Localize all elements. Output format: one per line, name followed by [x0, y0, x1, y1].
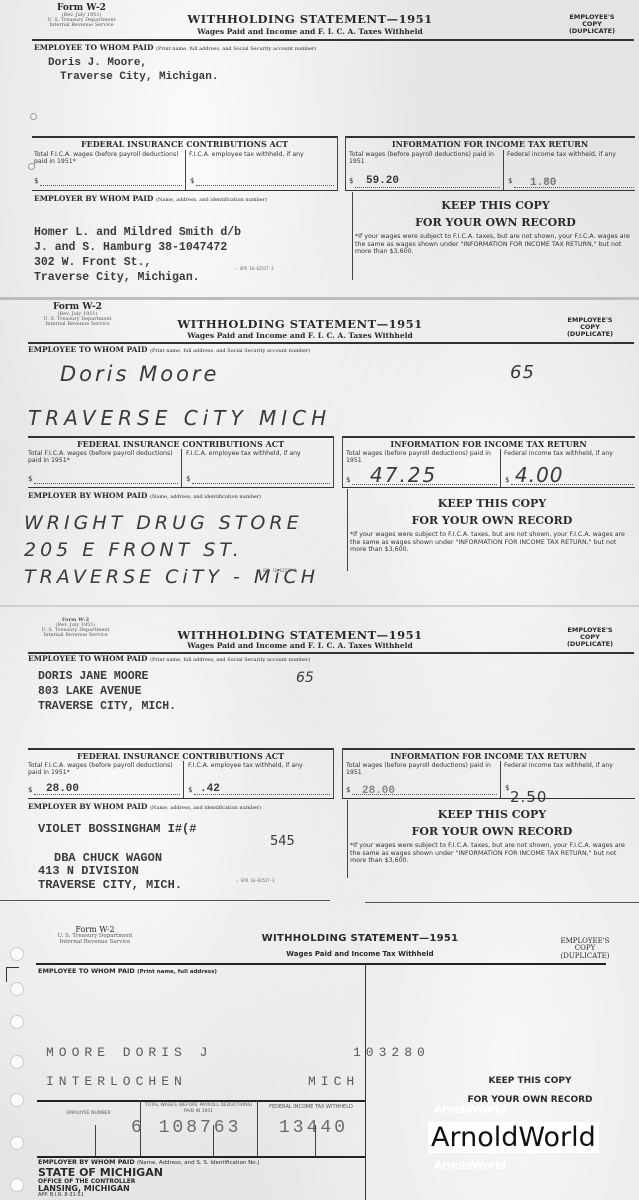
federal-tax-value: 1.80	[530, 176, 556, 190]
employee-extra-number: 65	[296, 670, 314, 686]
employer-section-label: EMPLOYER BY WHOM PAID (Name, address, an…	[28, 802, 346, 811]
print-stamp: ☆ GPO 16—62527-3	[236, 878, 275, 883]
copy-label: EMPLOYEE'S COPY (DUPLICATE)	[552, 14, 632, 34]
employee-section-label: EMPLOYEE TO WHOM PAID (Print name, full …	[34, 43, 316, 52]
fica-wages-label: Total F.I.C.A. wages (before payroll ded…	[28, 450, 176, 465]
fica-footnote: *If your wages were subject to F.I.C.A. …	[350, 531, 630, 554]
fica-tax-label: F.I.C.A. employee tax withheld, if any	[188, 762, 331, 769]
form-identifier: Form W-2 (Rev. July 1951) U. S. Treasury…	[34, 4, 129, 28]
fica-footnote: *If your wages were subject to F.I.C.A. …	[355, 233, 633, 256]
form-service: Internal Revenue Service	[34, 23, 129, 28]
keep-record-heading: FOR YOUR OWN RECORD	[352, 216, 639, 229]
income-section-heading: INFORMATION FOR INCOME TAX RETURN	[345, 139, 635, 149]
employer-name-address-handwritten: WRIGHT DRUG STORE 205 E FRONT ST. TRAVER…	[24, 510, 319, 591]
fica-section-heading: FEDERAL INSURANCE CONTRIBUTIONS ACT	[28, 439, 333, 449]
federal-tax-label: FEDERAL INCOME TAX WITHHELD	[259, 1104, 363, 1111]
employee-extra-number: 65	[510, 362, 535, 383]
keep-copy-heading: KEEP THIS COPY	[347, 497, 637, 510]
income-section-heading: INFORMATION FOR INCOME TAX RETURN	[342, 751, 635, 761]
federal-tax-label: Federal income tax withheld, if any	[507, 151, 632, 158]
keep-copy-heading: KEEP THIS COPY	[352, 199, 639, 212]
federal-tax-value: 4.00	[515, 463, 564, 487]
form-title: WITHHOLDING STATEMENT—1951	[140, 12, 480, 26]
fica-section-heading: FEDERAL INSURANCE CONTRIBUTIONS ACT	[28, 751, 333, 761]
print-stamp: ☆ GPO 16—62527-3	[235, 266, 274, 271]
employee-name-address: DORIS JANE MOORE 803 LAKE AVENUE TRAVERS…	[38, 670, 176, 715]
copy-label: EMPLOYEE'S COPY (DUPLICATE)	[550, 317, 630, 337]
federal-tax-label: Federal income tax withheld, if any	[504, 762, 632, 769]
employee-name: MOORE DORIS J	[46, 1045, 212, 1060]
binder-hole	[10, 982, 24, 996]
fica-tax-label: F.I.C.A. employee tax withheld, if any	[189, 151, 334, 158]
total-wages-value: 47.25	[370, 463, 437, 487]
w2-form-3: Form W-2 (Rev. July 1951) U. S. Treasury…	[0, 612, 639, 904]
binder-hole	[10, 1136, 24, 1150]
fica-wages-field	[40, 185, 182, 186]
employer-name-address: STATE OF MICHIGAN OFFICE OF THE CONTROLL…	[38, 1167, 163, 1198]
total-wages-value: 59.20	[366, 174, 399, 188]
binder-hole	[10, 1093, 24, 1107]
watermark-small-bottom: ArnoldWorld	[434, 1159, 506, 1172]
employee-section-label: EMPLOYEE TO WHOM PAID (Print name, full …	[28, 345, 310, 354]
corner-mark	[6, 967, 19, 982]
fica-wages-label: Total F.I.C.A. wages (before payroll ded…	[34, 151, 180, 166]
form-subtitle: Wages Paid and Income and F. I. C. A. Ta…	[130, 641, 470, 650]
form-title: WITHHOLDING STATEMENT—1951	[130, 628, 470, 642]
employee-section-label: EMPLOYEE TO WHOM PAID (Print name, full …	[28, 654, 310, 663]
form-subtitle: Wages Paid and Income and F. I. C. A. Ta…	[140, 27, 480, 36]
employee-number-label: EMPLOYEE NUMBER	[37, 1111, 140, 1117]
keep-copy-heading: KEEP THIS COPY	[347, 808, 637, 821]
w2-form-1: Form W-2 (Rev. July 1951) U. S. Treasury…	[0, 0, 639, 298]
employee-id: 103280	[353, 1045, 430, 1060]
fica-wages-label: Total F.I.C.A. wages (before payroll ded…	[28, 762, 176, 777]
fica-tax-label: F.I.C.A. employee tax withheld, if any	[186, 450, 331, 457]
fica-tax-field	[196, 185, 334, 186]
employer-section-label: EMPLOYER BY WHOM PAID (Name, address, an…	[34, 194, 352, 203]
header-rule	[32, 39, 634, 41]
keep-record-heading: FOR YOUR OWN RECORD	[347, 825, 637, 838]
watermark-small-top: ArnoldWorld	[434, 1103, 506, 1116]
employer-extra-number: 545	[270, 834, 295, 849]
total-wages-value: 6 108763	[131, 1118, 241, 1138]
employee-state: MICH	[308, 1074, 359, 1089]
employer-address: DBA CHUCK WAGON 413 N DIVISION TRAVERSE …	[38, 852, 182, 892]
fica-footnote: *If your wages were subject to F.I.C.A. …	[350, 842, 630, 865]
binder-hole	[10, 947, 24, 961]
employee-section-label: EMPLOYEE TO WHOM PAID (Print name, full …	[38, 967, 217, 975]
form-subtitle: Wages Paid and Income Tax Withheld	[230, 950, 490, 958]
form-identifier: Form W-2 (Rev. July 1951) U. S. Treasury…	[30, 303, 125, 327]
employer-name-line: VIOLET BOSSINGHAM I#(#	[38, 822, 196, 838]
keep-record-heading: FOR YOUR OWN RECORD	[347, 514, 637, 527]
punch-hole	[30, 113, 37, 120]
employer-section-label: EMPLOYER BY WHOM PAID (Name, Address, an…	[38, 1158, 259, 1166]
income-section-heading: INFORMATION FOR INCOME TAX RETURN	[342, 439, 635, 449]
total-wages-label: Total wages (before payroll deductions) …	[349, 151, 499, 166]
form-identifier: Form W-2 U. S. Treasury Department Inter…	[40, 926, 150, 945]
employee-city: INTERLOCHEN	[46, 1074, 187, 1089]
binder-hole	[10, 1015, 24, 1029]
keep-copy-heading: KEEP THIS COPY	[430, 1076, 630, 1086]
federal-tax-label: Federal income tax withheld, if any	[504, 450, 632, 457]
form-title: WITHHOLDING STATEMENT—1951	[130, 317, 470, 331]
w2-form-4: Form W-2 U. S. Treasury Department Inter…	[0, 910, 639, 1200]
w2-form-2: Form W-2 (Rev. July 1951) U. S. Treasury…	[0, 300, 639, 602]
form-separator	[0, 605, 639, 607]
binder-hole	[10, 1178, 24, 1192]
employee-name-address: Doris J. Moore, Traverse City, Michigan.	[48, 56, 218, 85]
form-identifier: Form W-2 (Rev. July 1951) U. S. Treasury…	[28, 618, 123, 638]
print-stamp: ☆ GPO 16—62527-3	[258, 568, 297, 573]
employer-section-label: EMPLOYER BY WHOM PAID (Name, address, an…	[28, 491, 346, 500]
total-wages-label: Total wages (before payroll deductions) …	[346, 762, 496, 777]
federal-tax-value: 13440	[279, 1118, 348, 1138]
fica-section-heading: FEDERAL INSURANCE CONTRIBUTIONS ACT	[32, 139, 337, 149]
employee-city-handwritten: TRAVERSE CiTY MICH	[28, 406, 331, 430]
form-subtitle: Wages Paid and Income and F. I. C. A. Ta…	[130, 331, 470, 340]
watermark-large: ArnoldWorld	[428, 1122, 599, 1153]
binder-hole	[10, 1055, 24, 1069]
copy-label: EMPLOYEE'S COPY (DUPLICATE)	[550, 627, 630, 647]
employer-name-address: Homer L. and Mildred Smith d/b J. and S.…	[34, 226, 241, 286]
federal-tax-value: 2.50	[510, 788, 547, 806]
total-wages-value: 28.00	[362, 784, 395, 798]
form-title: WITHHOLDING STATEMENT—1951	[230, 933, 490, 944]
total-wages-label: TOTAL WAGES (BEFORE PAYROLL DEDUCTIONS) …	[142, 1103, 255, 1115]
employee-name-handwritten: Doris Moore	[60, 362, 219, 386]
copy-label: EMPLOYEE'S COPY (DUPLICATE)	[540, 938, 630, 960]
